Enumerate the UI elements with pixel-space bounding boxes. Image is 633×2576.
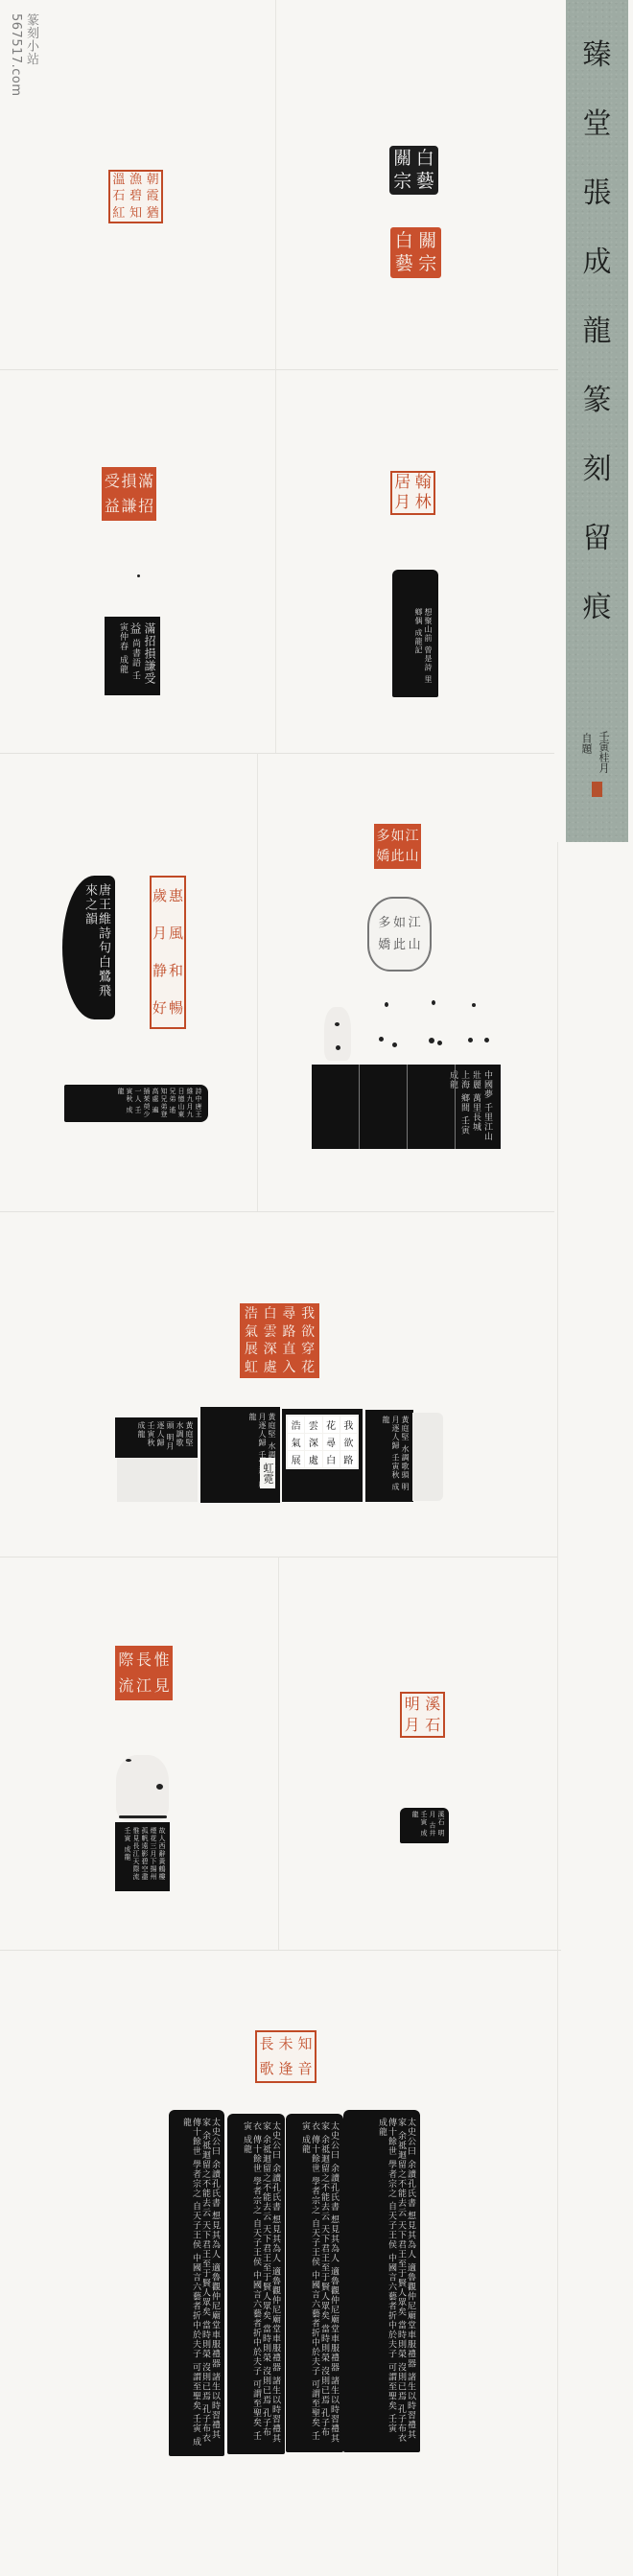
curved-side-inscription: 唐王維詩句白鷺飛來之韻 xyxy=(62,876,115,1019)
side-inscription-rubbing: 太史公曰 余讀孔氏書 想見其為人 適魯觀仲尼廟堂車服禮器 諸生以時習禮其家 余祗… xyxy=(169,2110,224,2456)
block-seam xyxy=(455,1065,456,1149)
seal-knob-mark xyxy=(437,1041,442,1045)
cell-divider xyxy=(257,753,258,1211)
seal-knob-mark xyxy=(119,1815,167,1818)
blank-stone-face xyxy=(412,1413,443,1501)
side-inscription-rubbing: 滿招損謙受益 尚書語 壬寅仲春 成龍 xyxy=(105,617,160,695)
page-edge xyxy=(557,842,558,2576)
side-inscription-rubbing: 太史公曰 余讀孔氏書 想見其為人 適魯觀仲尼廟堂車服禮器 諸生以時習禮其家 余祗… xyxy=(343,2110,420,2452)
side-inscription-rubbing: 太史公曰 余讀孔氏書 想見其為人 適魯觀仲尼廟堂車服禮器 諸生以時習禮其家 余祗… xyxy=(227,2114,285,2454)
title-char: 堂 xyxy=(583,90,612,159)
title-char: 刻 xyxy=(583,435,612,504)
seal-impression: 受損滿 益謙招 xyxy=(102,467,156,521)
block-seam xyxy=(359,1065,360,1149)
seal-knob-mark xyxy=(468,1038,473,1042)
panel-divider xyxy=(0,1557,558,1557)
poem-grid: 浩雲花我 氣深尋欲 展處白路 xyxy=(286,1415,359,1469)
seal-knob-mark xyxy=(379,1037,384,1042)
title-char: 龍 xyxy=(583,297,612,366)
side-inscription-rubbing: 黃庭堅 水調歌頭 明月逐人歸 壬寅秋 成龍 xyxy=(115,1417,198,1458)
seal-knob-mark xyxy=(472,1003,476,1007)
side-inscription-rubbing: 太史公曰 余讀孔氏書 想見其為人 適魯觀仲尼廟堂車服禮器 諸生以時習禮其家 余祗… xyxy=(286,2114,343,2452)
side-inscription-rubbing: 故人西辭黃鶴樓 煙花三月下揚州 孤帆遠影碧空盡 惟見長江天際流 壬寅 成龍 xyxy=(115,1822,170,1891)
panel-divider xyxy=(0,369,558,370)
title-char: 篆 xyxy=(583,366,612,435)
seal-impression-black: 關白 宗藝 xyxy=(389,146,438,195)
banner-self-inscribed: 自題 xyxy=(579,733,593,754)
seal-impression: 多如江 嬌此山 xyxy=(374,824,421,869)
title-banner: 臻 堂 張 成 龍 篆 刻 留 痕 壬寅桂月 自題 xyxy=(566,0,628,842)
side-inscription-rubbing: 詩中唐王維九月九日憶山東兄弟 遙知兄弟登高處 遍插茱萸少一人 壬寅秋 成龍 xyxy=(64,1085,208,1122)
blank-stone-face xyxy=(117,1458,198,1502)
seal-knob-mark xyxy=(126,1759,131,1762)
seal-knob-fragment xyxy=(137,574,140,577)
seal-impression: 浩白尋我 氣雲路欲 展深直穿 虹處入花 xyxy=(240,1303,319,1378)
title-char: 臻 xyxy=(583,21,612,90)
title-char: 成 xyxy=(583,228,612,297)
seal-impression: 長未知 歌逢音 xyxy=(255,2030,316,2083)
panel-divider xyxy=(0,1211,554,1212)
seal-top-rubbing: 多如江 嬌此山 xyxy=(367,897,432,972)
banner-date: 壬寅桂月 xyxy=(597,731,610,773)
side-inscription-rubbing: 黃庭堅 水調歌頭 明月逐人歸 壬寅秋 成龍 xyxy=(200,1407,280,1503)
seal-knob-mark xyxy=(432,1000,435,1005)
block-seam xyxy=(407,1065,408,1149)
watermark-url: 567517.com xyxy=(8,13,23,97)
seal-knob-mark xyxy=(392,1042,397,1047)
seal-impression: 際長惟 流江見 xyxy=(115,1646,173,1700)
rubbing-label: 虹霓 xyxy=(260,1458,275,1488)
side-inscription-rubbing: 溪石 明月 古井 壬寅 成龍 xyxy=(400,1808,449,1843)
cell-divider xyxy=(275,0,276,753)
seal-knob-mark xyxy=(335,1022,340,1026)
banner-title: 臻 堂 張 成 龍 篆 刻 留 痕 xyxy=(566,21,628,643)
seal-impression: 居翰 月林 xyxy=(390,471,435,515)
seal-knob-mark xyxy=(484,1038,489,1042)
side-inscription-rubbing: 想聚山前 曾是詩 里鄉偶 成龍記 xyxy=(392,570,438,697)
watermark-site-name: 篆刻小站 xyxy=(23,13,38,97)
seal-knob-mark xyxy=(336,1045,340,1050)
seal-impression: 白關 藝宗 xyxy=(390,227,441,278)
title-char: 張 xyxy=(583,159,612,228)
seal-impression-vertical: 歲惠 月風 静和 好暢 xyxy=(150,876,186,1029)
seal-knob-mark xyxy=(385,1002,388,1007)
side-inscription-rubbing: 黃庭堅 水調歌頭 明月逐人歸 壬寅秋 成龍 xyxy=(365,1410,413,1502)
cell-divider xyxy=(278,1557,279,1950)
seal-impression: 溫漁朝 石碧霞 紅知猶 xyxy=(108,170,163,223)
title-char: 留 xyxy=(583,504,612,574)
panel-divider xyxy=(0,753,554,754)
panel-divider xyxy=(0,1950,561,1951)
artist-stamp xyxy=(592,782,602,797)
title-char: 痕 xyxy=(583,574,612,643)
site-watermark: 篆刻小站 567517.com xyxy=(8,13,38,97)
seal-knob-mark xyxy=(156,1784,163,1790)
seal-knob-figurine xyxy=(324,1007,351,1061)
seal-knob-mark xyxy=(429,1038,434,1043)
seal-impression: 明溪 月石 xyxy=(400,1692,445,1738)
